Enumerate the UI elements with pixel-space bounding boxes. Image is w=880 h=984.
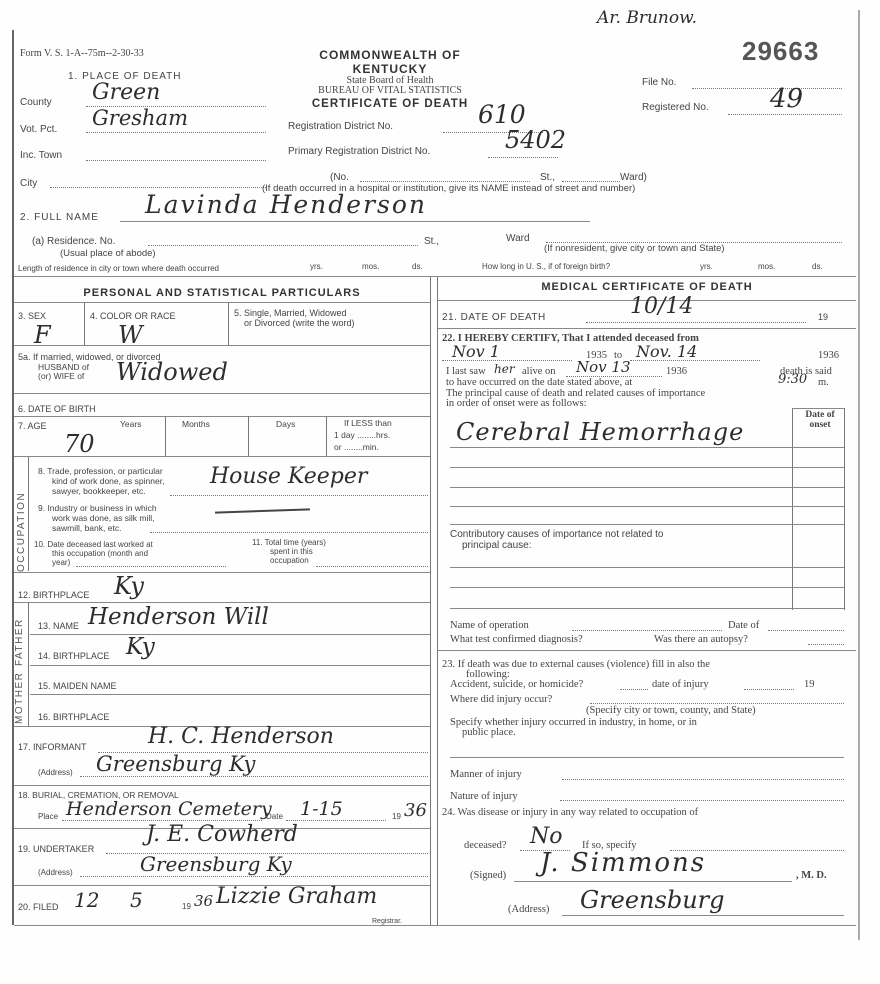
form-id: Form V. S. 1-A--75m--2-30-33 [20, 48, 144, 59]
last-saw-pronoun: her [494, 362, 515, 376]
physician-signature: J. Simmons [540, 848, 706, 878]
header-commonwealth: COMMONWEALTH OF KENTUCKY [290, 48, 490, 76]
cause-line-2[interactable] [450, 467, 844, 468]
informant-label: 17. INFORMANT [18, 742, 87, 752]
left-col-right-border [430, 277, 431, 925]
less-than-label-1: If LESS than [344, 418, 392, 428]
foreign-mos: mos. [758, 262, 775, 271]
autopsy-label: Was there an autopsy? [654, 634, 748, 645]
burial-place-value: Henderson Cemetery [66, 798, 272, 820]
contributory-label-1: Contributory causes of importance not re… [450, 529, 663, 540]
age-label: 7. AGE [18, 421, 47, 431]
informant-value: H. C. Henderson [148, 724, 334, 749]
months-label: Months [182, 419, 210, 429]
divider-age [14, 456, 430, 457]
burial-year-value: 36 [404, 800, 427, 821]
city-label: City [20, 178, 37, 189]
less-than-label-3: or ........min. [334, 442, 379, 452]
divider-operation [438, 650, 856, 651]
operation-field[interactable] [572, 630, 722, 631]
test-label: What test confirmed diagnosis? [450, 634, 583, 645]
principal-cause-label-2: in order of onset were as follows: [446, 398, 587, 409]
filed-label: 20. FILED [18, 902, 59, 912]
file-no-label: File No. [642, 77, 676, 88]
industry-field[interactable] [150, 532, 428, 533]
specify-field[interactable] [450, 757, 844, 758]
registrar-signature: Lizzie Graham [216, 884, 377, 909]
months-divider [248, 416, 249, 456]
spouse-label-3: (or) WIFE of [38, 371, 84, 381]
divider-occupation [14, 572, 430, 573]
trade-label-2: kind of work done, as spinner, [52, 476, 164, 486]
divider-sex-row [14, 345, 430, 346]
primary-registration-field[interactable] [488, 157, 558, 158]
onset-column-right [844, 408, 845, 610]
alive-on-label: alive on [522, 366, 556, 377]
contributory-label-2: principal cause: [462, 540, 531, 551]
onset-column-divider [792, 408, 793, 610]
industry-dash [215, 508, 310, 513]
informant-address-value: Greensburg Ky [96, 752, 255, 776]
last-worked-label-2: this occupation (month and [52, 549, 148, 558]
attended-from-value: Nov 1 [452, 342, 500, 361]
certificate-number: 29663 [742, 36, 819, 67]
registered-no-field[interactable] [728, 114, 842, 115]
filed-month: 12 [74, 888, 99, 912]
birthplace-label: 12. BIRTHPLACE [18, 590, 89, 600]
operation-date-field[interactable] [768, 630, 844, 631]
manner-label: Manner of injury [450, 769, 522, 780]
length-of-residence-label: Length of residence in city or town wher… [18, 264, 219, 273]
divider-mother-maiden [30, 694, 430, 695]
file-no-field[interactable] [692, 88, 842, 89]
residence-label: (a) Residence. No. [32, 236, 115, 247]
physician-address-value: Greensburg [580, 886, 724, 914]
registration-district-label: Registration District No. [288, 121, 393, 132]
days-label: Days [276, 419, 295, 429]
injury-year-prefix: 19 [804, 679, 815, 690]
filed-year: 36 [194, 892, 213, 910]
days-divider [326, 416, 327, 456]
mother-vertical-label: MOTHER [14, 672, 25, 724]
sex-label: 3. SEX [18, 311, 46, 321]
registered-no-value: 49 [770, 84, 803, 114]
street-no-label: (No. [330, 172, 349, 183]
sex-divider [84, 303, 85, 345]
where-field[interactable] [590, 703, 844, 704]
years-divider [165, 416, 166, 456]
years-label: Years [120, 419, 141, 429]
county-label: County [20, 97, 52, 108]
date-of-death-year-prefix: 19 [818, 312, 828, 322]
physician-address-label: (Address) [508, 904, 549, 915]
date-of-death-field[interactable] [586, 322, 806, 323]
total-time-label-2: spent in this [270, 547, 313, 556]
foreign-ds: ds. [812, 262, 823, 271]
occupation-related-label: 24. Was disease or injury in any way rel… [442, 807, 698, 818]
filed-year-prefix: 19 [182, 902, 191, 911]
where-label: Where did injury occur? [450, 694, 552, 705]
burial-place-field[interactable] [62, 820, 262, 821]
filed-day: 5 [130, 888, 143, 912]
accident-label: Accident, suicide, or homicide? [450, 679, 583, 690]
full-name-label: 2. FULL NAME [20, 212, 99, 223]
undertaker-address-field[interactable] [80, 876, 428, 877]
divider-spouse [14, 393, 430, 394]
less-than-label-2: 1 day ........hrs. [334, 430, 390, 440]
burial-date-value: 1-15 [300, 798, 343, 820]
occurred-label: to have occurred on the date stated abov… [446, 377, 632, 388]
principal-cause-value: Cerebral Hemorrhage [456, 418, 744, 446]
street-label: St., [540, 172, 555, 183]
foreign-birth-label: How long in U. S., if of foreign birth? [482, 262, 610, 271]
marital-label-2: or Divorced (write the word) [244, 318, 355, 328]
date-of-onset-label: Date of onset [798, 410, 842, 430]
usual-abode-note: (Usual place of abode) [60, 248, 156, 259]
deceased-value: No [530, 824, 563, 849]
divider-personal [14, 302, 430, 303]
total-time-label-1: 11. Total time (years) [252, 538, 326, 547]
inc-town-field[interactable] [86, 160, 266, 161]
informant-address-field[interactable] [80, 776, 428, 777]
specify-label-2: public place. [462, 727, 516, 738]
autopsy-field[interactable] [808, 644, 844, 645]
deceased-label: deceased? [464, 840, 507, 851]
parents-divider [28, 602, 29, 726]
cause-line-5[interactable] [450, 524, 844, 525]
spouse-value: Widowed [116, 358, 228, 386]
race-label: 4. COLOR OR RACE [90, 311, 176, 321]
trade-label-3: sawyer, bookkeeper, etc. [52, 486, 146, 496]
cause-line-3[interactable] [450, 487, 844, 488]
last-saw-year: 1936 [666, 366, 687, 377]
last-worked-label-1: 10. Date deceased last worked at [34, 540, 153, 549]
registration-district-value: 610 [478, 100, 526, 129]
birthplace-value: Ky [114, 572, 144, 600]
nature-label: Nature of injury [450, 791, 518, 802]
divider-dob [14, 416, 430, 417]
primary-registration-label: Primary Registration District No. [288, 146, 430, 157]
vot-pct-label: Vot. Pct. [20, 124, 57, 135]
last-saw-label: I last saw [446, 366, 486, 377]
undertaker-value: J. E. Cowherd [146, 822, 298, 847]
left-border [12, 30, 14, 925]
divider-father-birthplace [30, 665, 430, 666]
md-label: , M. D. [796, 870, 827, 881]
full-name-field[interactable] [120, 221, 590, 222]
signed-label: (Signed) [470, 870, 506, 881]
medical-certificate-heading: MEDICAL CERTIFICATE OF DEATH [438, 281, 856, 293]
operation-label: Name of operation [450, 620, 529, 631]
burial-place-label: Place [38, 812, 58, 821]
residence-mos: mos. [362, 262, 379, 271]
physician-address-field[interactable] [562, 915, 844, 916]
ward-label: Ward) [620, 172, 647, 183]
trade-label-1: 8. Trade, profession, or particular [38, 466, 163, 476]
divider-informant [14, 785, 430, 786]
marital-label-1: 5. Single, Married, Widowed [234, 308, 347, 318]
nature-field[interactable] [560, 800, 844, 801]
where-note: (Specify city or town, county, and State… [586, 705, 756, 716]
last-saw-date: Nov 13 [576, 358, 631, 376]
industry-label-3: sawmill, bank, etc. [52, 523, 121, 533]
foreign-yrs: yrs. [700, 262, 713, 271]
residence-st-label: St., [424, 236, 439, 247]
bottom-border [14, 925, 856, 926]
industry-label-2: work was done, as silk mill, [52, 513, 155, 523]
cause-line-4[interactable] [450, 506, 844, 507]
signed-field[interactable] [514, 881, 792, 882]
mother-birthplace-label: 16. BIRTHPLACE [38, 712, 109, 722]
residence-ward-label: Ward [506, 233, 530, 244]
ward-field[interactable] [562, 181, 620, 182]
primary-registration-value: 5402 [505, 126, 566, 154]
residence-ds: ds. [412, 262, 423, 271]
residence-yrs: yrs. [310, 262, 323, 271]
street-no-field[interactable] [360, 181, 530, 182]
divider-date-of-death [438, 328, 856, 329]
undertaker-address-value: Greensburg Ky [140, 852, 292, 876]
header-bureau: BUREAU OF VITAL STATISTICS [290, 86, 490, 96]
father-birthplace-label: 14. BIRTHPLACE [38, 651, 109, 661]
occupation-divider [28, 457, 29, 571]
onset-header-top [792, 408, 844, 409]
total-time-label-3: occupation [270, 556, 309, 565]
nonresident-note: (If nonresident, give city or town and S… [544, 243, 725, 254]
burial-year-prefix: 19 [392, 812, 401, 821]
race-divider [228, 303, 229, 345]
accident-field[interactable] [620, 689, 648, 690]
industry-label-1: 9. Industry or business in which [38, 503, 157, 513]
father-vertical-label: FATHER [14, 618, 25, 666]
residence-field[interactable] [148, 245, 418, 246]
right-border [858, 10, 860, 940]
last-worked-label-3: year) [52, 558, 70, 567]
full-name-value: Lavinda Henderson [145, 190, 427, 219]
header-certificate: CERTIFICATE OF DEATH [290, 98, 490, 110]
top-annotation: Ar. Brunow. [597, 8, 697, 28]
father-name-value: Henderson Will [88, 604, 269, 630]
burial-date-field[interactable] [286, 820, 386, 821]
manner-field[interactable] [562, 779, 844, 780]
date-of-death-value: 10/14 [630, 294, 693, 319]
county-value: Green [92, 80, 160, 105]
date-of-death-label: 21. DATE OF DEATH [442, 312, 546, 323]
vot-pct-value: Gresham [92, 106, 188, 130]
certificate-header: COMMONWEALTH OF KENTUCKY State Board of … [290, 48, 490, 110]
occurred-suffix: m. [818, 377, 829, 388]
last-worked-field[interactable] [76, 566, 226, 567]
operation-date-label: Date of [728, 620, 759, 631]
injury-date-label: date of injury [652, 679, 709, 690]
divider-father-name [30, 634, 430, 635]
contributory-line-1[interactable] [450, 567, 844, 568]
vot-pct-field[interactable] [86, 132, 266, 133]
trade-value: House Keeper [210, 464, 367, 489]
occurred-time: 9:30 [778, 372, 807, 387]
divider-birthplace [14, 602, 430, 603]
undertaker-label: 19. UNDERTAKER [18, 844, 94, 854]
undertaker-address-label: (Address) [38, 868, 73, 877]
mother-maiden-label: 15. MAIDEN NAME [38, 681, 117, 691]
registrar-label: Registrar. [372, 918, 402, 925]
attended-to-year: 1936 [818, 350, 839, 361]
divider-residence [14, 276, 856, 277]
dob-label: 6. DATE OF BIRTH [18, 404, 96, 414]
father-name-label: 13. NAME [38, 621, 79, 631]
contributory-line-2[interactable] [450, 587, 844, 588]
informant-address-label: (Address) [38, 768, 73, 777]
burial-date-label: Date [266, 812, 283, 821]
contributory-line-3[interactable] [450, 608, 844, 609]
occupation-vertical-label: OCCUPATION [16, 492, 27, 572]
injury-date-field[interactable] [744, 689, 794, 690]
registered-no-label: Registered No. [642, 102, 709, 113]
city-field[interactable] [50, 187, 266, 188]
personal-particulars-heading: PERSONAL AND STATISTICAL PARTICULARS [14, 287, 430, 299]
trade-field[interactable] [170, 495, 428, 496]
age-value: 70 [64, 430, 95, 458]
inc-town-label: Inc. Town [20, 150, 62, 161]
right-col-left-border [437, 277, 438, 925]
total-time-field[interactable] [316, 566, 428, 567]
father-birthplace-value: Ky [126, 634, 155, 660]
cause-line-1[interactable] [450, 447, 844, 448]
attended-to-value: Nov. 14 [636, 342, 697, 361]
